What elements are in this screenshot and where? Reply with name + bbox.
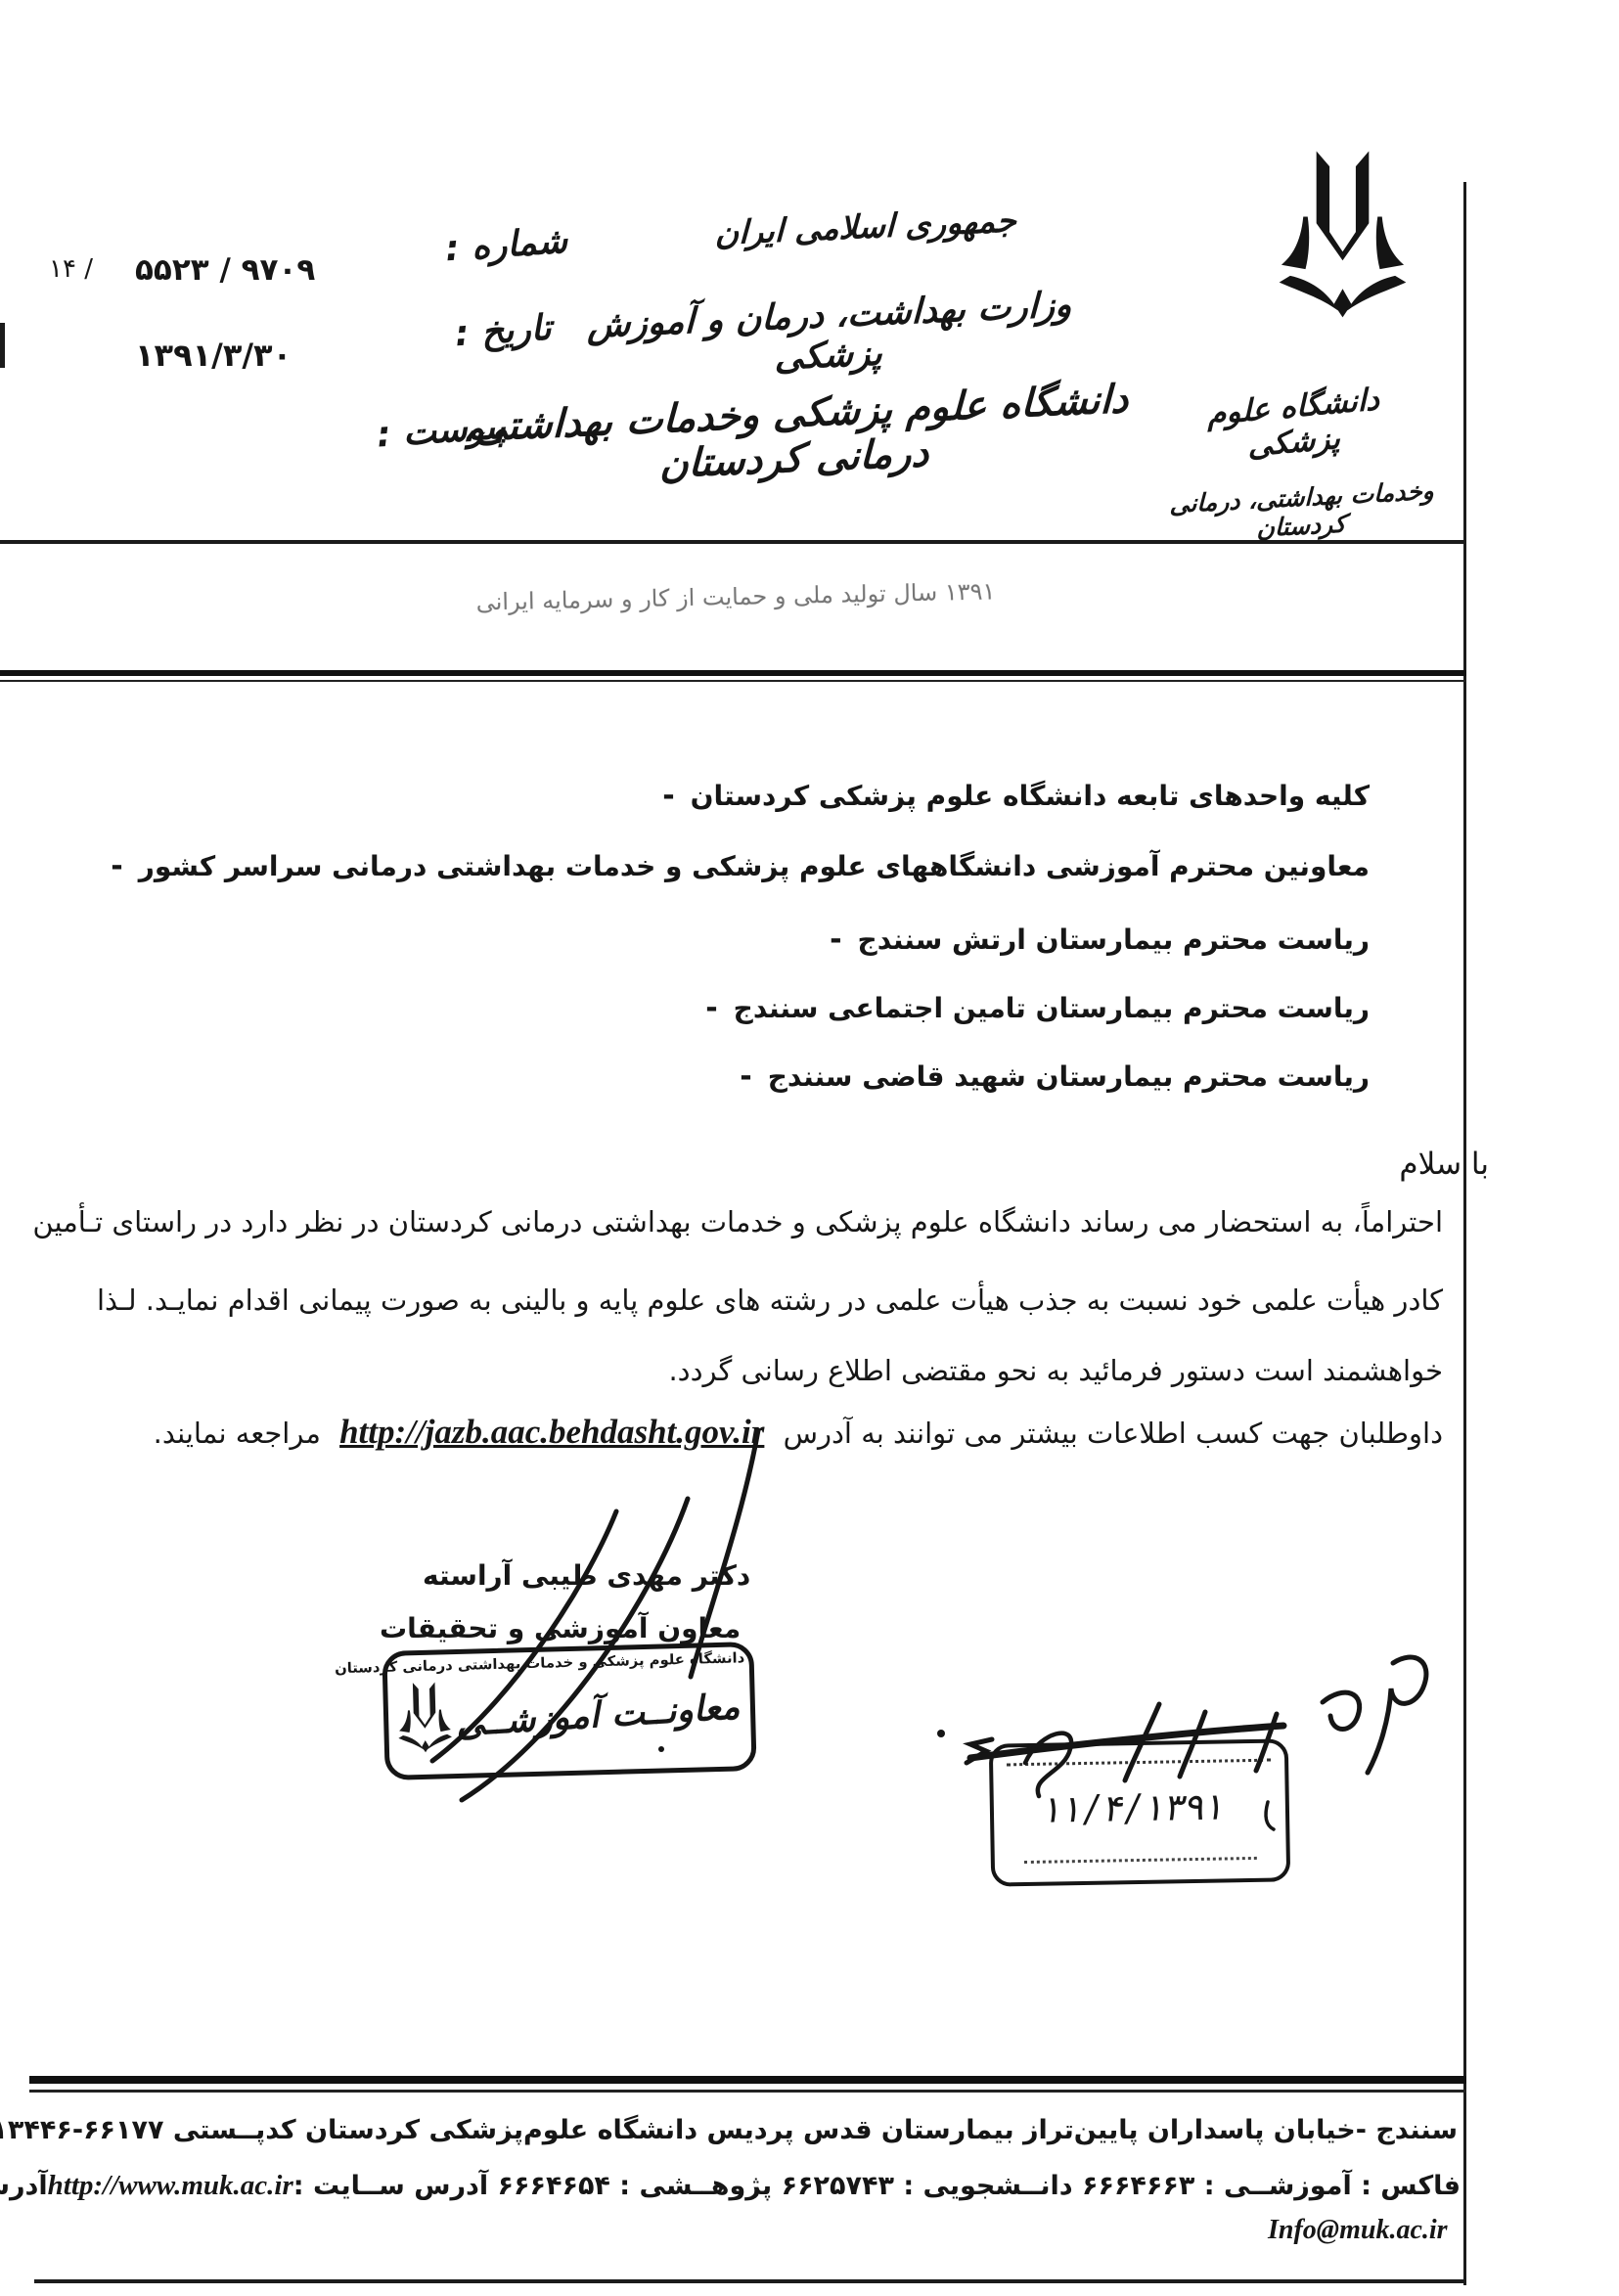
scan-artifact bbox=[0, 323, 5, 368]
recipient-dash: - bbox=[830, 923, 841, 957]
recipient-text: کلیه واحدهای تابعه دانشگاه علوم پزشکی کر… bbox=[691, 780, 1370, 812]
ink-dot bbox=[937, 1730, 945, 1737]
recipient-dash: - bbox=[111, 849, 122, 883]
letterhead-ministry: وزارت بهداشت، درمان و آموزش پزشکی bbox=[571, 284, 1087, 386]
recipient-dash: - bbox=[740, 1059, 751, 1094]
footer-email-label: آدرس ایمیـل : bbox=[0, 2171, 48, 2201]
received-stamp-box: ۱۳۹۱ / ۴ / ۱۱ bbox=[989, 1738, 1291, 1886]
salutation: با سلام bbox=[1399, 1147, 1489, 1182]
letter-date-label: تاریخ : bbox=[454, 308, 553, 355]
received-date-handwritten: ۱۳۹۱ / ۴ / ۱۱ bbox=[990, 1784, 1279, 1832]
recipient-text: ریاست محترم بیمارستان شهید قاضی سنندج bbox=[768, 1060, 1370, 1093]
body-line-3: خواهشمند است دستور فرمائید به نحو مقتضی … bbox=[668, 1354, 1443, 1387]
letter-number-value: ۹۷۰۹ / ۵۵۲۳ bbox=[135, 252, 315, 288]
handwritten-note bbox=[967, 1739, 992, 1763]
recipient-text: معاونین محترم آموزشی دانشگاههای علوم پزش… bbox=[139, 850, 1370, 882]
email-address: Info@muk.ac.ir bbox=[1268, 2215, 1448, 2246]
signer-title: معاون آموزشی و تحقیقات bbox=[380, 1612, 741, 1644]
received-date-day: ۱۱ bbox=[1040, 1787, 1087, 1831]
body-line-1: احتراماً، به استحضار می رساند دانشگاه عل… bbox=[32, 1205, 1443, 1238]
signer-name: دکتر مهدی طیبی آراسته bbox=[423, 1559, 750, 1592]
received-date-year: ۱۳۹۱ bbox=[1143, 1784, 1230, 1829]
recipient-text: ریاست محترم بیمارستان ارتش سنندج bbox=[858, 923, 1370, 956]
recipient-row: ریاست محترم بیمارستان تامین اجتماعی سنند… bbox=[705, 991, 1370, 1025]
page-bottom-line bbox=[34, 2279, 1464, 2283]
logo-caption-line2: وخدمات بهداشتی، درمانی کردستان bbox=[1143, 474, 1462, 548]
body-line-4-prefix: داوطلبان جهت کسب اطلاعات بیشتر می توانند… bbox=[784, 1417, 1443, 1450]
recipient-text: ریاست محترم بیمارستان تامین اجتماعی سنند… bbox=[734, 992, 1370, 1024]
footer-contacts-line: فاکس : آموزشــی : ۶۶۶۴۶۶۳ دانــشجویی : ۶… bbox=[15, 2170, 1461, 2202]
footer-thin-divider bbox=[29, 2090, 1466, 2093]
footer-address-line: سنندج -خیابان پاسداران پایین‌تراز بیمارس… bbox=[34, 2115, 1458, 2145]
received-stamp-dotted-line bbox=[1024, 1857, 1257, 1864]
footer-fax-numbers: فاکس : آموزشــی : ۶۶۶۴۶۶۳ دانــشجویی : ۶… bbox=[293, 2171, 1461, 2201]
received-stamp-dotted-line bbox=[1007, 1759, 1271, 1767]
letterhead-thick-divider bbox=[0, 670, 1466, 676]
handwritten-note bbox=[1368, 1657, 1426, 1773]
letter-number-label: شماره : bbox=[444, 221, 569, 270]
website-url: http://www.muk.ac.ir bbox=[48, 2170, 293, 2202]
handwritten-note bbox=[1323, 1692, 1360, 1729]
recipient-dash: - bbox=[705, 991, 717, 1025]
year-slogan: ۱۳۹۱ سال تولید ملی و حمایت از کار و سرما… bbox=[452, 577, 1019, 616]
letterhead-thin-divider bbox=[0, 680, 1466, 682]
letter-date-value: ۱۳۹۱/۳/۳۰ bbox=[135, 337, 292, 374]
page-right-border bbox=[1463, 182, 1466, 2285]
letter-number-prefix: ۱۴ / bbox=[49, 254, 93, 284]
letterhead-university: دانشگاه علوم پزشکی وخدمات بهداشتی، درمان… bbox=[420, 375, 1170, 498]
body-line-4-suffix: مراجعه نمایند. bbox=[154, 1417, 321, 1450]
footer-thick-divider bbox=[29, 2076, 1466, 2084]
scanned-letter-page: شماره : ۹۷۰۹ / ۵۵۲۳ ۱۴ / تاریخ : ۱۳۹۱/۳/… bbox=[0, 0, 1619, 2296]
recipient-row: ریاست محترم بیمارستان ارتش سنندج - bbox=[830, 923, 1370, 957]
recipient-row: معاونین محترم آموزشی دانشگاههای علوم پزش… bbox=[111, 849, 1370, 883]
registration-url: http://jazb.aac.behdasht.gov.ir bbox=[330, 1413, 774, 1451]
university-allah-emblem-icon bbox=[1277, 147, 1409, 333]
stamp-allah-emblem-icon bbox=[395, 1680, 454, 1759]
body-line-4: داوطلبان جهت کسب اطلاعات بیشتر می توانند… bbox=[154, 1413, 1443, 1452]
recipient-row: کلیه واحدهای تابعه دانشگاه علوم پزشکی کر… bbox=[662, 779, 1370, 813]
letterhead-country: جمهوری اسلامی ایران bbox=[675, 199, 1057, 253]
logo-caption-line1: دانشگاه علوم پزشکی bbox=[1179, 380, 1409, 471]
stamp-dept-text: معاونــت آموزشــی bbox=[452, 1687, 743, 1744]
recipient-row: ریاست محترم بیمارستان شهید قاضی سنندج - bbox=[740, 1059, 1370, 1094]
body-line-2: کادر هیأت علمی خود نسبت به جذب هیأت علمی… bbox=[97, 1283, 1443, 1317]
deputy-education-stamp: دانشگاه علوم پزشکی و خدمات بهداشتی درمان… bbox=[382, 1642, 756, 1780]
recipient-dash: - bbox=[662, 779, 674, 813]
